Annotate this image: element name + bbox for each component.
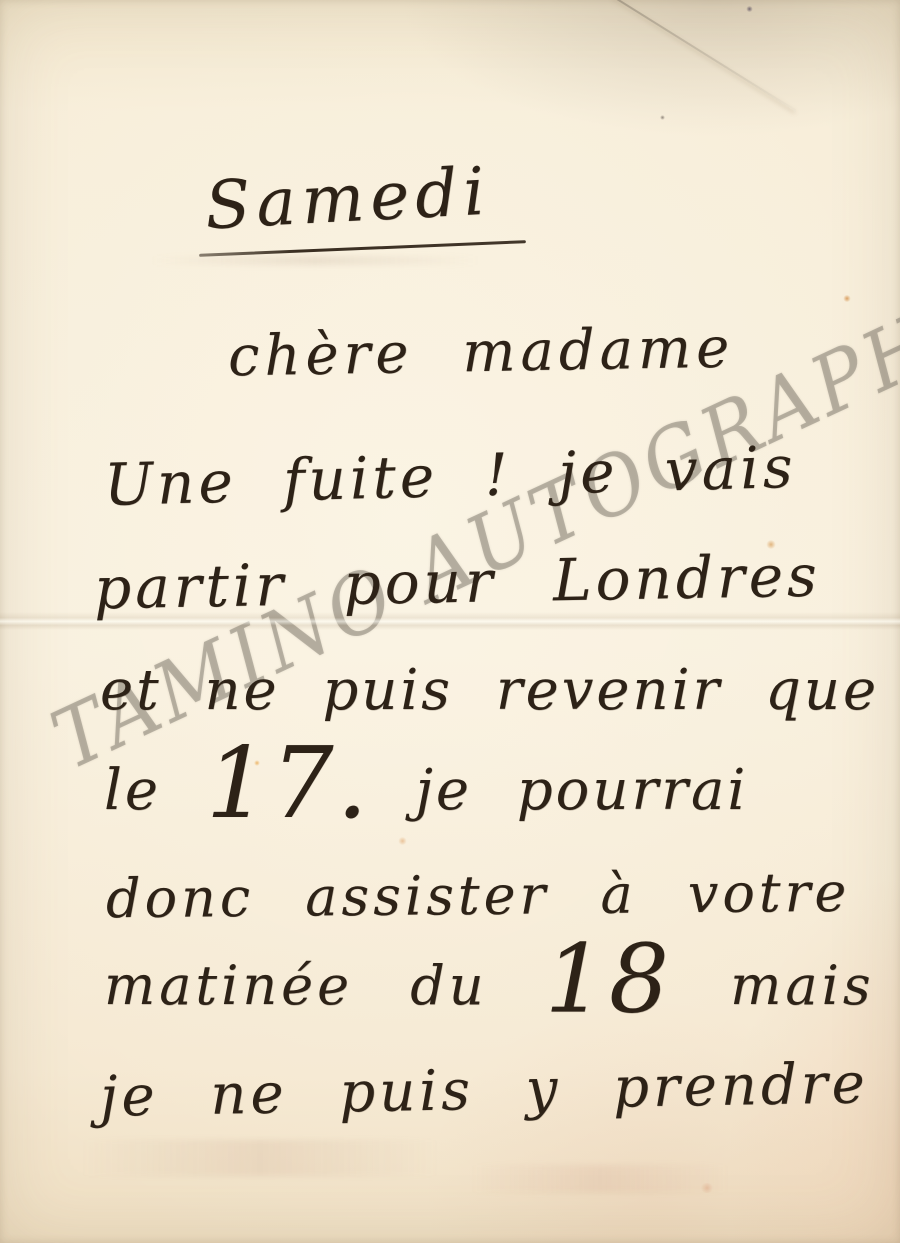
foxing-spot [660,115,665,120]
body-line-4-word: le [104,758,206,823]
body-line-6-rest: mais [673,954,875,1017]
body-line-2-text: partir pour Londres [93,542,821,623]
body-line-4: le 17. je pourrai [104,758,748,823]
salutation-line: chère madame [227,316,734,390]
foxing-spot [746,6,753,12]
body-line-3-text: et ne puis revenir que [100,658,879,723]
bleedthrough-smudge [470,1165,730,1193]
body-line-1-text: Une fuite ! je vais [103,433,797,519]
body-line-3: et ne puis revenir que [100,658,879,723]
bleedthrough-smudge [150,256,480,265]
bleedthrough-smudge [80,1140,440,1176]
foxing-spot [398,837,407,845]
letter-photo: TAMINO AUTOGRAPHS Samedi chère madame Un… [0,0,900,1243]
body-line-2: partir pour Londres [93,542,821,623]
body-line-7: je ne puis y prendre [99,1051,869,1129]
body-line-6: matinée du 18 mais [104,954,875,1017]
date-heading: Samedi [203,153,492,245]
body-line-5: donc assister à votre [106,861,851,930]
foxing-spot [843,295,851,302]
body-line-5-text: donc assister à votre [106,861,851,930]
body-line-4-rest: je pourrai [371,758,749,823]
heading-underline [199,240,526,257]
body-line-6-word: matinée du [104,954,545,1017]
number-18: 18 [545,925,673,1035]
corner-crease [613,0,796,112]
body-line-7-text: je ne puis y prendre [99,1051,869,1129]
number-17: 17. [206,727,371,841]
body-line-1: Une fuite ! je vais [103,433,797,519]
